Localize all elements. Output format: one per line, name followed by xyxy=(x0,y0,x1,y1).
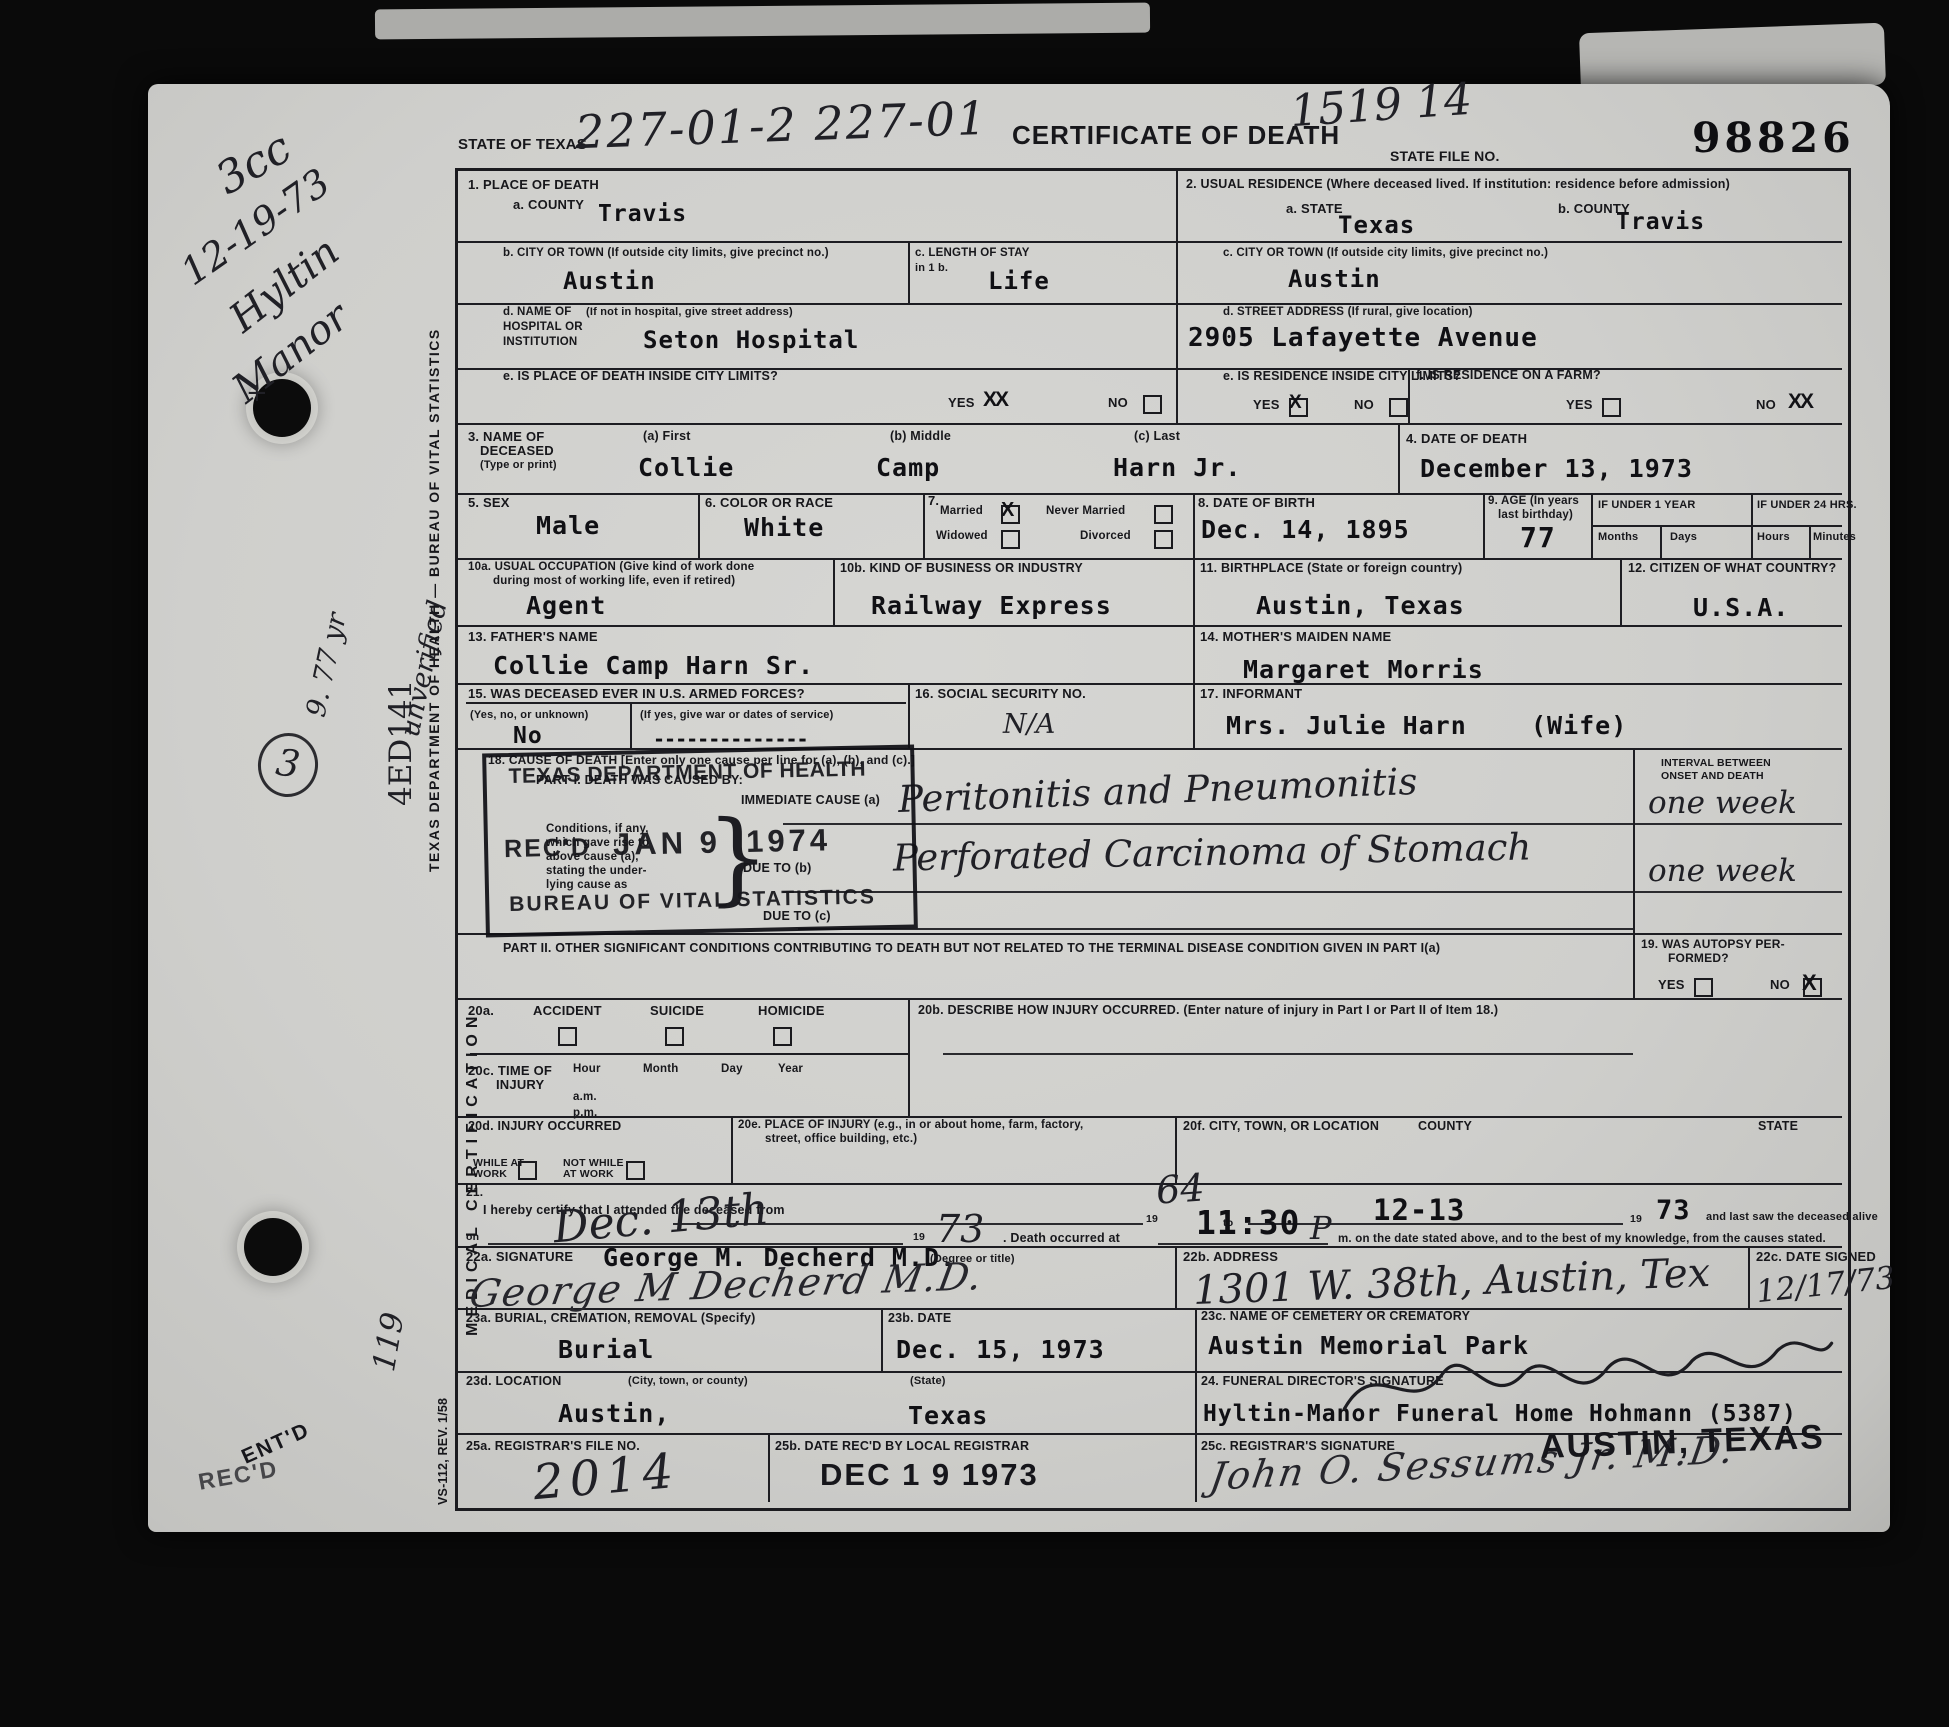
injury-state-label: STATE xyxy=(1758,1119,1798,1134)
no-label: NO xyxy=(1770,977,1790,992)
grid-line xyxy=(1633,748,1635,998)
burial-date-value: Dec. 15, 1973 xyxy=(896,1335,1105,1364)
city-value: Austin xyxy=(563,267,656,295)
ssn-value: N/A xyxy=(1003,709,1055,740)
scanned-death-certificate: 3cc 12-19-73 Hyltin Manor + 9. 77 yr unv… xyxy=(0,0,1949,1727)
grid-line xyxy=(1193,558,1195,625)
grid-line xyxy=(1751,493,1753,558)
describe-injury-label: 20b. DESCRIBE HOW INJURY OCCURRED. (Ente… xyxy=(918,1003,1498,1018)
grid-line xyxy=(923,493,925,558)
residence-city-label: c. CITY OR TOWN (If outside city limits,… xyxy=(1223,247,1548,261)
certificate-number-stamp: 98826 xyxy=(1692,114,1855,162)
grid-line xyxy=(1176,171,1178,423)
yes-checkbox xyxy=(1602,398,1621,417)
date-of-death-label: 4. DATE OF DEATH xyxy=(1406,431,1527,446)
if-under-1-year-label: IF UNDER 1 YEAR xyxy=(1598,499,1696,512)
hour-label: Hour xyxy=(573,1063,601,1077)
grid-line xyxy=(630,702,632,748)
birthplace-label: 11. BIRTHPLACE (State or foreign country… xyxy=(1200,561,1462,576)
certificate-form: MEDICAL CERTIFICATION 1. PLACE OF DEATH … xyxy=(455,168,1851,1511)
yes-label: YES xyxy=(1658,977,1685,992)
armed-forces-hint2: (If yes, give war or dates of service) xyxy=(640,709,833,722)
item-20a-label: 20a. xyxy=(468,1003,494,1018)
grid-line xyxy=(1591,493,1593,558)
stamp-line1: TEXAS DEPARTMENT OF HEALTH xyxy=(508,758,866,789)
citizen-value: U.S.A. xyxy=(1693,593,1789,622)
armed-forces-label: 15. WAS DECEASED EVER IN U.S. ARMED FORC… xyxy=(468,686,805,701)
grid-line xyxy=(458,998,1842,1000)
grid-line xyxy=(458,1183,1842,1185)
grid-line xyxy=(1193,683,1195,748)
ssn-label: 16. SOCIAL SECURITY NO. xyxy=(915,686,1086,701)
birthplace-value: Austin, Texas xyxy=(1256,591,1465,620)
immediate-cause-value: Peritonitis and Pneumonitis xyxy=(897,760,1418,821)
registrar-file-no-value: 2014 xyxy=(531,1443,681,1512)
yes-label: YES xyxy=(1253,397,1280,412)
no-checkmark: XX xyxy=(1788,390,1812,414)
middle-name-label: (b) Middle xyxy=(890,429,951,444)
received-stamp: TEXAS DEPARTMENT OF HEALTH REC'D JAN 9 1… xyxy=(482,744,918,937)
months-label: Months xyxy=(1598,531,1638,544)
grid-line xyxy=(458,241,1842,243)
yes-checkmark: X xyxy=(1289,392,1302,414)
armed-forces-value: No xyxy=(513,723,543,749)
on-label: on xyxy=(466,1231,479,1243)
informant-value: Mrs. Julie Harn (Wife) xyxy=(1226,711,1627,740)
not-while-at-work-label2: AT WORK xyxy=(563,1168,614,1180)
divorced-checkbox xyxy=(1154,530,1173,549)
age-value: 77 xyxy=(1520,521,1556,554)
no-checkbox xyxy=(1143,395,1162,414)
no-label: NO xyxy=(1756,397,1776,412)
accident-checkbox xyxy=(558,1027,577,1046)
name-of-deceased-label2: DECEASED xyxy=(480,443,554,458)
grid-line xyxy=(458,1116,1842,1118)
grid-line xyxy=(1748,1246,1750,1308)
while-at-work-checkbox xyxy=(518,1161,537,1180)
mothers-maiden-name-value: Margaret Morris xyxy=(1243,655,1484,684)
punch-hole xyxy=(244,1218,302,1276)
writing-line xyxy=(783,823,1842,825)
widowed-label: Widowed xyxy=(936,530,988,544)
pm-handwritten: P xyxy=(1310,1209,1332,1247)
type-or-print-hint: (Type or print) xyxy=(480,459,557,472)
no-label: NO xyxy=(1108,395,1128,410)
county-value: Travis xyxy=(598,201,687,227)
city-label: b. CITY OR TOWN (If outside city limits,… xyxy=(503,247,829,261)
place-of-injury-label: 20e. PLACE OF INJURY (e.g., in or about … xyxy=(738,1119,1083,1133)
grid-line xyxy=(1660,525,1662,558)
writing-line xyxy=(943,1053,1633,1055)
street-address-label: d. STREET ADDRESS (If rural, give locati… xyxy=(1223,306,1473,320)
length-of-stay-sublabel: in 1 b. xyxy=(915,262,948,275)
industry-label: 10b. KIND OF BUSINESS OR INDUSTRY xyxy=(840,561,1083,576)
yes-checkmark: XX xyxy=(983,388,1007,412)
grid-line xyxy=(908,998,910,1116)
length-of-stay-value: Life xyxy=(988,267,1050,295)
stamp-recd: REC'D xyxy=(504,833,591,864)
burial-city-value: Austin, xyxy=(558,1399,670,1428)
writing-line xyxy=(1158,1243,1328,1245)
residence-state-label: a. STATE xyxy=(1286,201,1343,216)
due-to-b-value: Perforated Carcinoma of Stomach xyxy=(893,825,1532,879)
burial-label: 23a. BURIAL, CREMATION, REMOVAL (Specify… xyxy=(466,1311,755,1326)
grid-line xyxy=(1193,625,1195,683)
injury-occurred-label: 20d. INJURY OCCURRED xyxy=(468,1119,621,1134)
married-label: Married xyxy=(940,505,983,519)
never-married-checkbox xyxy=(1154,505,1173,524)
writing-line xyxy=(783,891,1842,893)
address-label: 22b. ADDRESS xyxy=(1183,1249,1278,1264)
days-label: Days xyxy=(1670,531,1697,544)
fathers-name-label: 13. FATHER'S NAME xyxy=(468,629,598,644)
stamp-line3: BUREAU OF VITAL STATISTICS xyxy=(509,885,876,917)
grid-line xyxy=(731,1116,733,1183)
writing-line xyxy=(798,928,1633,930)
while-at-work-label2: WORK xyxy=(473,1168,507,1180)
certify-text-3: m. on the date stated above, and to the … xyxy=(1338,1233,1826,1247)
no-label: NO xyxy=(1354,397,1374,412)
grid-line xyxy=(470,1053,908,1055)
marital-status-label: 7. xyxy=(928,493,939,508)
fathers-name-value: Collie Camp Harn Sr. xyxy=(493,651,814,680)
sex-label: 5. SEX xyxy=(468,495,510,510)
homicide-label: HOMICIDE xyxy=(758,1003,825,1018)
grid-line xyxy=(1195,1308,1197,1371)
date-recd-label: 25b. DATE REC'D BY LOCAL REGISTRAR xyxy=(775,1439,1029,1454)
usual-residence-title: 2. USUAL RESIDENCE (Where deceased lived… xyxy=(1186,177,1730,192)
grid-line xyxy=(881,1308,883,1371)
last-name-value: Harn Jr. xyxy=(1113,453,1241,482)
grid-line xyxy=(768,1433,770,1502)
time-of-death-value: 11:30 xyxy=(1196,1203,1300,1242)
first-name-value: Collie xyxy=(638,453,734,482)
grid-line xyxy=(1195,1433,1197,1502)
month-label: Month xyxy=(643,1063,678,1077)
occupation-value: Agent xyxy=(526,591,606,620)
divorced-label: Divorced xyxy=(1080,530,1131,544)
place-of-injury-label2: street, office building, etc.) xyxy=(765,1133,917,1147)
industry-value: Railway Express xyxy=(871,591,1112,620)
stamp-date: JAN 9 1974 xyxy=(613,822,832,863)
state-file-no-label: STATE FILE NO. xyxy=(1390,148,1500,165)
informant-label: 17. INFORMANT xyxy=(1200,686,1302,701)
county-label: a. COUNTY xyxy=(513,197,584,212)
grid-line xyxy=(458,683,1842,685)
year-19-prefix: 19 xyxy=(1630,1213,1642,1225)
grid-line xyxy=(908,241,910,303)
street-address-value: 2905 Lafayette Avenue xyxy=(1188,323,1538,353)
vertical-department-text: TEXAS DEPARTMENT OF HEALTH — BUREAU OF V… xyxy=(426,328,443,872)
grid-line xyxy=(458,423,1842,425)
injury-city-label: 20f. CITY, TOWN, OR LOCATION xyxy=(1183,1119,1379,1134)
paper-stack-edge xyxy=(375,3,1150,40)
item-21-label: 21. xyxy=(466,1185,483,1199)
city-town-county-hint: (City, town, or county) xyxy=(628,1375,748,1388)
armed-forces-hint1: (Yes, no, or unknown) xyxy=(470,709,588,722)
hospital-label2: HOSPITAL OR xyxy=(503,321,583,335)
first-name-label: (a) First xyxy=(643,429,691,444)
length-of-stay-label: c. LENGTH OF STAY xyxy=(915,247,1030,261)
interval-a-value: one week xyxy=(1648,785,1797,821)
time-of-injury-label2: INJURY xyxy=(496,1077,544,1092)
death-occurred-text: . Death occurred at xyxy=(1003,1231,1120,1246)
date-recd-stamp: DEC 1 9 1973 xyxy=(820,1457,1039,1493)
grid-line xyxy=(1398,423,1400,493)
grid-line xyxy=(458,303,1842,305)
grid-line xyxy=(1809,525,1811,558)
last-name-label: (c) Last xyxy=(1134,429,1180,444)
grid-line xyxy=(1195,1371,1197,1433)
interval-label2: ONSET AND DEATH xyxy=(1661,770,1764,782)
burial-state-value: Texas xyxy=(908,1401,988,1430)
place-of-death-title: 1. PLACE OF DEATH xyxy=(468,177,599,192)
attended-to-year: 73 xyxy=(1656,1195,1691,1226)
date-of-death-value: December 13, 1973 xyxy=(1420,454,1693,483)
date-of-birth-value: Dec. 14, 1895 xyxy=(1201,515,1410,544)
color-race-label: 6. COLOR OR RACE xyxy=(705,495,833,510)
year-label: Year xyxy=(778,1063,803,1077)
occupation-label: 10a. USUAL OCCUPATION (Give kind of work… xyxy=(468,561,754,575)
hours-label: Hours xyxy=(1757,531,1790,544)
form-revision-text: VS-112, REV. 1/58 xyxy=(436,1398,451,1505)
grid-line xyxy=(833,558,835,625)
interval-b-value: one week xyxy=(1648,853,1797,889)
margin-note-line: 9. 77 yr xyxy=(301,578,361,720)
residence-state-value: Texas xyxy=(1338,211,1415,239)
hospital-hint: (If not in hospital, give street address… xyxy=(586,306,793,319)
interval-label1: INTERVAL BETWEEN xyxy=(1661,757,1771,769)
autopsy-no-checkmark: X xyxy=(1802,970,1817,996)
injury-county-label: COUNTY xyxy=(1418,1119,1472,1134)
am-label: a.m. xyxy=(573,1091,597,1105)
grid-line xyxy=(1591,525,1842,527)
grid-line xyxy=(466,702,906,704)
burial-location-label: 23d. LOCATION xyxy=(466,1374,561,1389)
if-under-24-hrs-label: IF UNDER 24 HRS. xyxy=(1757,499,1857,512)
date-of-birth-label: 8. DATE OF BIRTH xyxy=(1198,495,1315,510)
yes-label: YES xyxy=(948,395,975,410)
married-checkmark: X xyxy=(1001,499,1014,522)
date-signed-label: 22c. DATE SIGNED xyxy=(1756,1249,1876,1264)
grid-line xyxy=(698,493,700,558)
residence-city-value: Austin xyxy=(1288,265,1381,293)
state-hint: (State) xyxy=(910,1375,946,1388)
residence-farm-label: f. IS RESIDENCE ON A FARM? xyxy=(1416,368,1601,383)
margin-plus-mark: + xyxy=(246,378,268,408)
part2-label: PART II. OTHER SIGNIFICANT CONDITIONS CO… xyxy=(503,941,1440,956)
grid-line xyxy=(1175,1246,1177,1308)
margin-code: 4ED141 xyxy=(383,680,419,806)
grid-line xyxy=(908,683,910,748)
widowed-checkbox xyxy=(1001,530,1020,549)
death-city-limits-label: e. IS PLACE OF DEATH INSIDE CITY LIMITS? xyxy=(503,369,778,384)
burial-value: Burial xyxy=(558,1335,654,1364)
autopsy-label2: FORMED? xyxy=(1668,951,1729,965)
grid-line xyxy=(458,558,1842,560)
signature-label: 22a. SIGNATURE xyxy=(466,1249,573,1264)
hospital-label: d. NAME OF xyxy=(503,306,571,320)
age-label: 9. AGE (In years xyxy=(1488,495,1579,509)
mothers-maiden-name-label: 14. MOTHER'S MAIDEN NAME xyxy=(1200,629,1391,644)
accident-label: ACCIDENT xyxy=(533,1003,602,1018)
no-checkbox xyxy=(1389,398,1408,417)
hospital-label3: INSTITUTION xyxy=(503,336,577,350)
homicide-checkbox xyxy=(773,1027,792,1046)
grid-line xyxy=(1620,558,1622,625)
middle-name-value: Camp xyxy=(876,453,940,482)
autopsy-yes-checkbox xyxy=(1694,978,1713,997)
residence-county-value: Travis xyxy=(1616,209,1705,235)
occupation-label2: during most of working life, even if ret… xyxy=(493,575,735,589)
margin-circled-number-text: 3 xyxy=(273,741,302,787)
sex-value: Male xyxy=(536,511,600,540)
day-label: Day xyxy=(721,1063,743,1077)
not-while-at-work-checkbox xyxy=(626,1161,645,1180)
autopsy-label1: 19. WAS AUTOPSY PER- xyxy=(1641,937,1785,951)
suicide-checkbox xyxy=(665,1027,684,1046)
color-race-value: White xyxy=(744,513,824,542)
minutes-label: Minutes xyxy=(1813,531,1856,544)
certify-text-2: and last saw the deceased alive xyxy=(1706,1211,1878,1224)
grid-line xyxy=(1483,493,1485,558)
never-married-label: Never Married xyxy=(1046,505,1125,519)
burial-date-label: 23b. DATE xyxy=(888,1311,951,1326)
state-of-texas-label: STATE OF TEXAS xyxy=(458,136,587,154)
year-19-prefix: 19 xyxy=(913,1231,925,1243)
attended-to-date: 12-13 xyxy=(1373,1193,1465,1227)
year-19-prefix: 19 xyxy=(1146,1213,1158,1225)
citizen-label: 12. CITIZEN OF WHAT COUNTRY? xyxy=(1628,561,1836,576)
yes-label: YES xyxy=(1566,397,1593,412)
grid-line xyxy=(458,625,1842,627)
hospital-value: Seton Hospital xyxy=(643,326,859,354)
funeral-director-signature xyxy=(1338,1321,1838,1431)
suicide-label: SUICIDE xyxy=(650,1003,704,1018)
grid-line xyxy=(458,493,1842,495)
grid-line xyxy=(1193,493,1195,558)
